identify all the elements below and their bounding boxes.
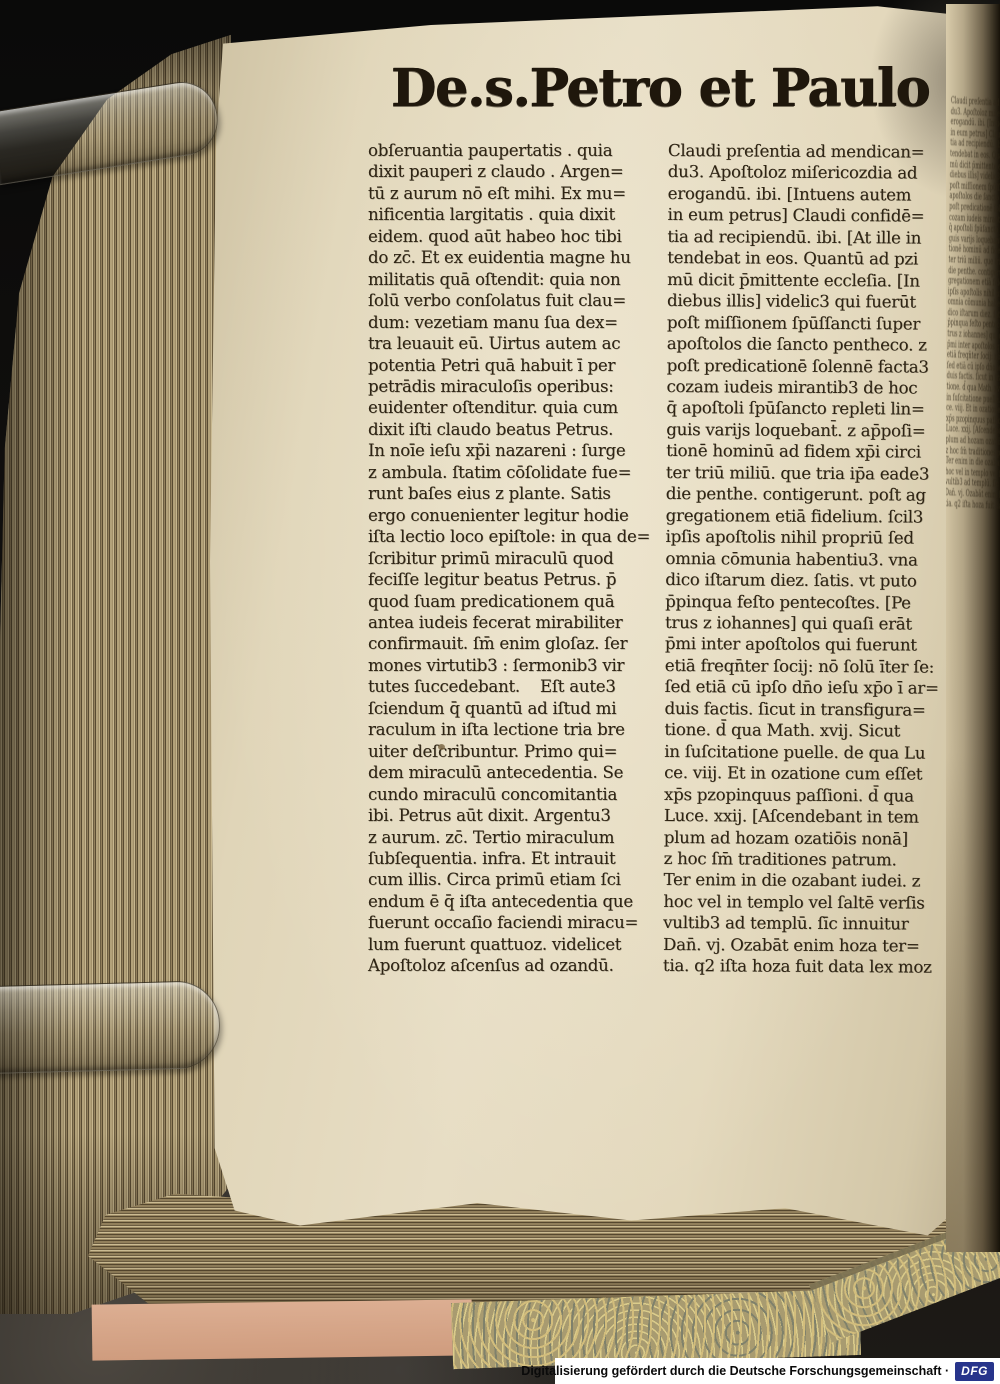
dfg-logo: DFG [955,1362,994,1381]
book-fore-edge-pages [0,22,238,1314]
digitized-book-scan: Claudi preſentia ad mendican= du3. Apoſt… [0,0,1000,1384]
facing-page-text: Claudi preſentia ad mendican= du3. Apoſt… [946,96,978,510]
page-holder-clip-bottom [0,980,221,1074]
book-board-edge [92,1299,473,1360]
ink-speck [438,744,445,750]
text-column-right: Claudi preſentia ad mendican= du3. Apoſt… [663,140,948,978]
credit-text: Digitalisierung gefördert durch die Deut… [521,1364,949,1378]
facing-page-gutter: Claudi preſentia ad mendican= du3. Apoſt… [946,4,1000,1252]
digitization-credit-bar: Digitalisierung gefördert durch die Deut… [555,1358,1000,1384]
text-column-left: obſeruantia paupertatis . quia dixit pau… [368,140,668,977]
page-title: De.s.Petro et Paulo [370,58,950,119]
